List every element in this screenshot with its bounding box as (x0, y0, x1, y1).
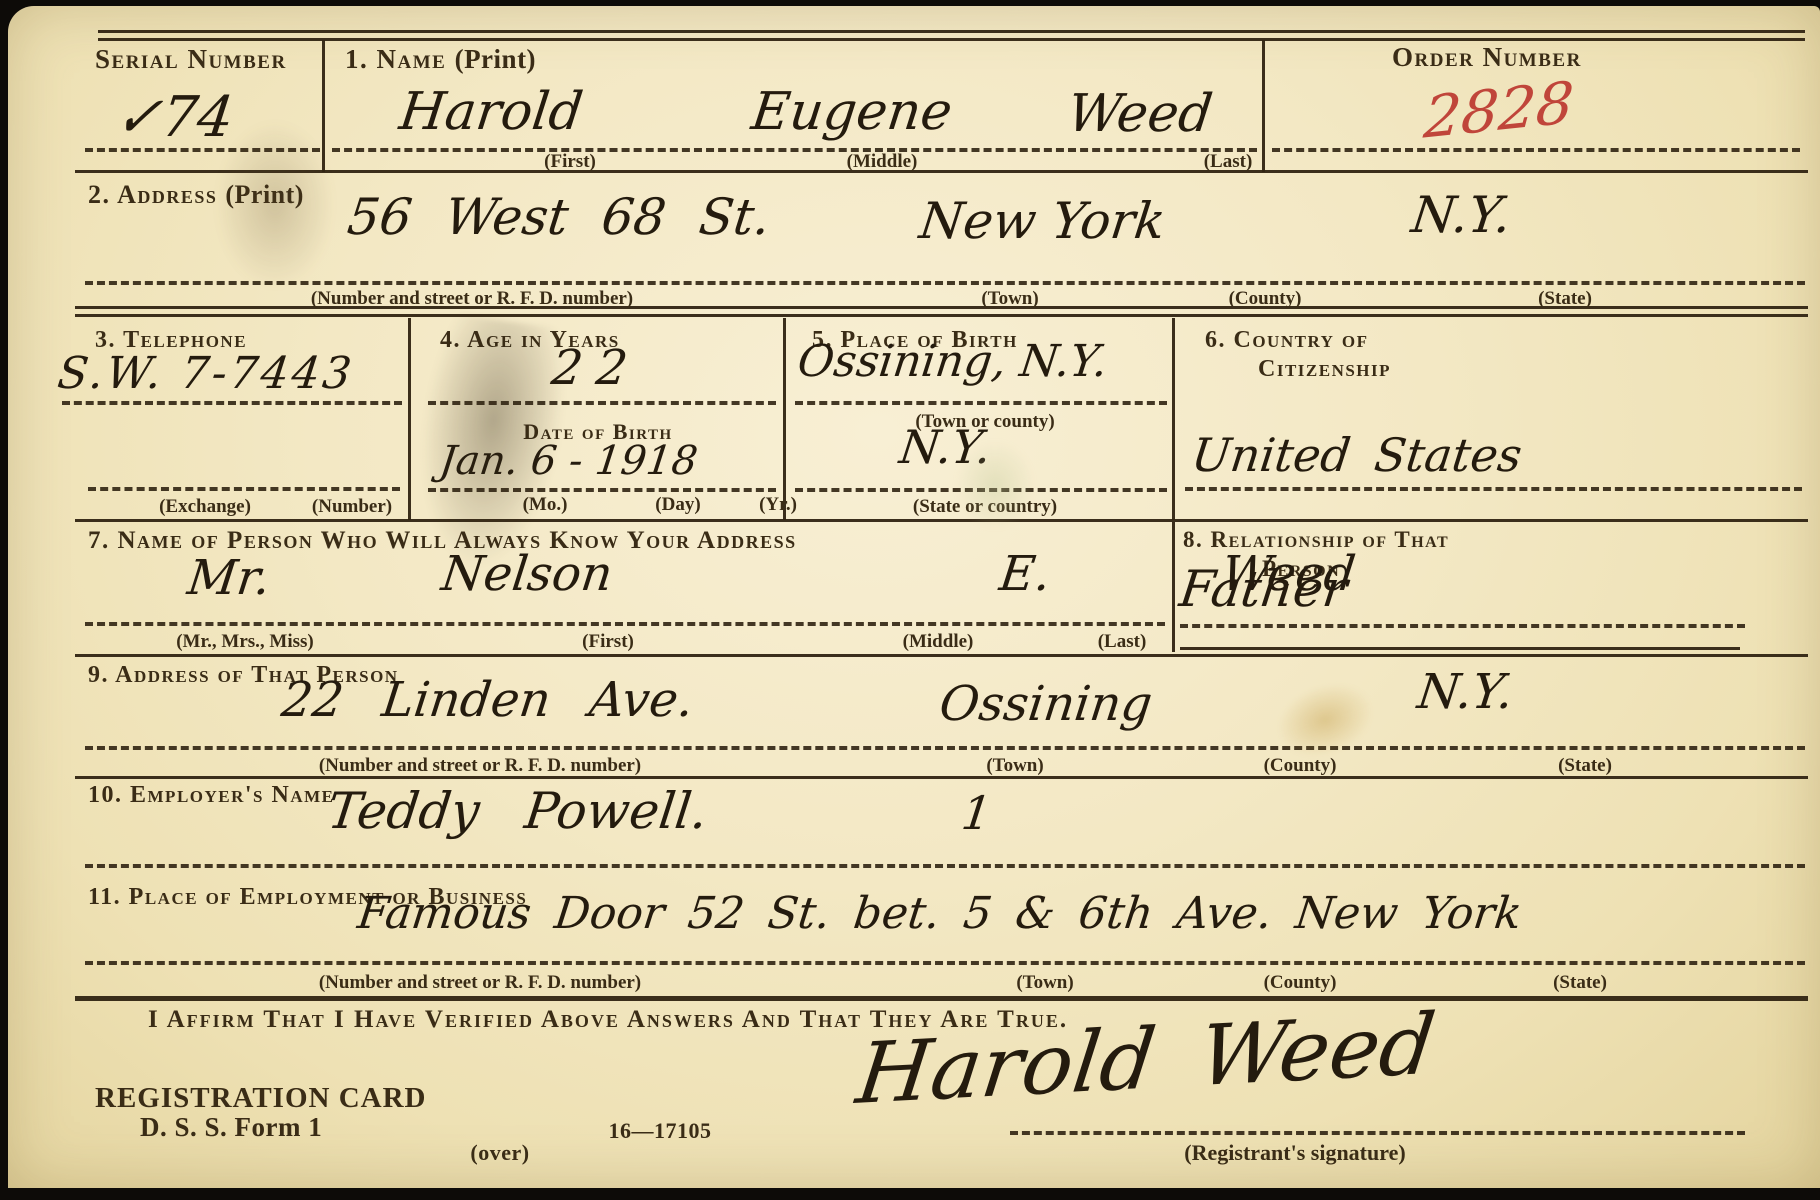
signature-writing-line (1010, 1131, 1745, 1135)
address-label-text: 2. Address (88, 180, 217, 209)
address-writing-line (85, 281, 1805, 285)
telephone-bottom-line (88, 487, 400, 491)
contact-address-state-value: N.Y. (1415, 664, 1517, 720)
rule-row4-bottom (75, 654, 1808, 657)
contact-address-sublabel-county: (County) (1264, 755, 1337, 777)
contact-address-sublabel-town: (Town) (986, 755, 1043, 777)
dob-sublabel-day: (Day) (655, 494, 700, 516)
age-value: 22 (549, 340, 645, 396)
age-writing-line (428, 401, 776, 405)
name-last-value: Weed (1064, 84, 1215, 144)
contact-writing-line (85, 622, 1165, 626)
contact-address-sublabel-street: (Number and street or R. F. D. number) (319, 755, 641, 777)
footer-title: REGISTRATION CARD (95, 1082, 426, 1115)
relationship-underline (1180, 647, 1740, 650)
dob-sublabel-mo: (Mo.) (523, 494, 568, 516)
contact-sublabel-title: (Mr., Mrs., Miss) (176, 631, 314, 653)
contact-title-value: Mr. (185, 550, 274, 606)
address-sublabel-town: (Town) (981, 288, 1038, 310)
sublabel-last: (Last) (1204, 151, 1253, 173)
employment-sublabel-street: (Number and street or R. F. D. number) (319, 972, 641, 994)
address-sublabel-street: (Number and street or R. F. D. number) (311, 288, 633, 310)
order-writing-line (1272, 148, 1800, 152)
address-label: 2. Address (Print) (88, 180, 304, 210)
address-sublabel-county: (County) (1229, 288, 1302, 310)
relationship-value: Father (1176, 560, 1350, 618)
contact-sublabel-last: (Last) (1098, 631, 1147, 653)
address-print-hint: (Print) (225, 180, 304, 209)
birth-town-value: Ossining, N.Y. (795, 336, 1110, 387)
employment-writing-line (85, 961, 1805, 965)
divider-age-birth (783, 318, 786, 520)
sublabel-middle: (Middle) (847, 151, 918, 173)
contact-address-town-value: Ossining (937, 676, 1156, 732)
citizenship-writing-line (1185, 487, 1802, 491)
address-sublabel-state: (State) (1538, 288, 1592, 310)
telephone-sublabel-number: (Number) (312, 496, 392, 518)
contact-sublabel-first: (First) (582, 631, 634, 653)
telephone-value: S.W. 7-7443 (55, 348, 357, 399)
citizenship-label-line2: Citizenship (1258, 356, 1391, 383)
citizenship-value: United States (1189, 428, 1525, 482)
footer-form-number: D. S. S. Form 1 (140, 1112, 322, 1143)
signature-sublabel: (Registrant's signature) (1184, 1140, 1405, 1166)
name-label: 1. Name (Print) (345, 44, 536, 75)
rule-row3-bottom (75, 519, 1808, 522)
rule-row1-bottom (75, 170, 1808, 173)
name-print-hint: (Print) (455, 44, 536, 74)
contact-address-writing-line (85, 746, 1805, 750)
name-first-value: Harold (396, 82, 586, 142)
employment-sublabel-town: (Town) (1016, 972, 1073, 994)
employment-sublabel-county: (County) (1264, 972, 1337, 994)
telephone-sublabel-exchange: (Exchange) (159, 496, 251, 518)
contact-middle-value: E. (997, 546, 1054, 602)
name-middle-value: Eugene (748, 82, 955, 142)
sublabel-first: (First) (544, 151, 596, 173)
scanned-draft-card: Serial Number 1. Name (Print) Order Numb… (0, 0, 1820, 1200)
birth-town-writing-line (795, 401, 1167, 405)
telephone-writing-line (62, 401, 402, 405)
contact-sublabel-middle: (Middle) (903, 631, 974, 653)
divider-contact-relationship (1172, 522, 1175, 652)
divider-birth-citizenship (1172, 318, 1175, 520)
citizenship-label-line1: 6. Country of (1205, 327, 1369, 354)
rule-row7-bottom (75, 996, 1808, 1001)
address-street-value: 56 West 68 St. (344, 188, 773, 246)
name-label-text: 1. Name (345, 44, 446, 74)
divider-name-order (1262, 40, 1265, 172)
birth-state-writing-line (795, 488, 1167, 492)
relationship-writing-line (1180, 624, 1745, 628)
address-state-value: N.Y. (1408, 186, 1514, 244)
divider-tel-age (408, 318, 411, 520)
serial-number-value: ✓74 (111, 85, 237, 150)
contact-first-value: Nelson (439, 546, 616, 602)
address-town-value: New York (916, 192, 1168, 250)
divider-serial-name (322, 40, 325, 172)
contact-address-sublabel-state: (State) (1558, 755, 1612, 777)
birth-sublabel-state: (State or country) (913, 496, 1057, 518)
serial-number-label: Serial Number (95, 44, 287, 75)
dob-value: Jan. 6 - 1918 (437, 438, 700, 484)
name-writing-line (332, 148, 1257, 152)
employer-value: Teddy Powell. (324, 782, 710, 840)
top-double-rule (98, 30, 1805, 41)
dob-writing-line (428, 488, 776, 492)
birth-state-value: N.Y. (897, 420, 995, 474)
employer-writing-line (85, 864, 1805, 868)
employment-sublabel-state: (State) (1553, 972, 1607, 994)
dob-sublabel-yr: (Yr.) (759, 494, 797, 516)
order-number-label: Order Number (1392, 42, 1582, 73)
footer-print-code: 16—17105 (609, 1118, 712, 1144)
employment-value: Famous Door 52 St. bet. 5 & 6th Ave. New… (355, 888, 1525, 939)
footer-over: (over) (470, 1140, 529, 1166)
contact-address-street-value: 22 Linden Ave. (279, 672, 697, 728)
employer-label: 10. Employer's Name (88, 782, 335, 809)
